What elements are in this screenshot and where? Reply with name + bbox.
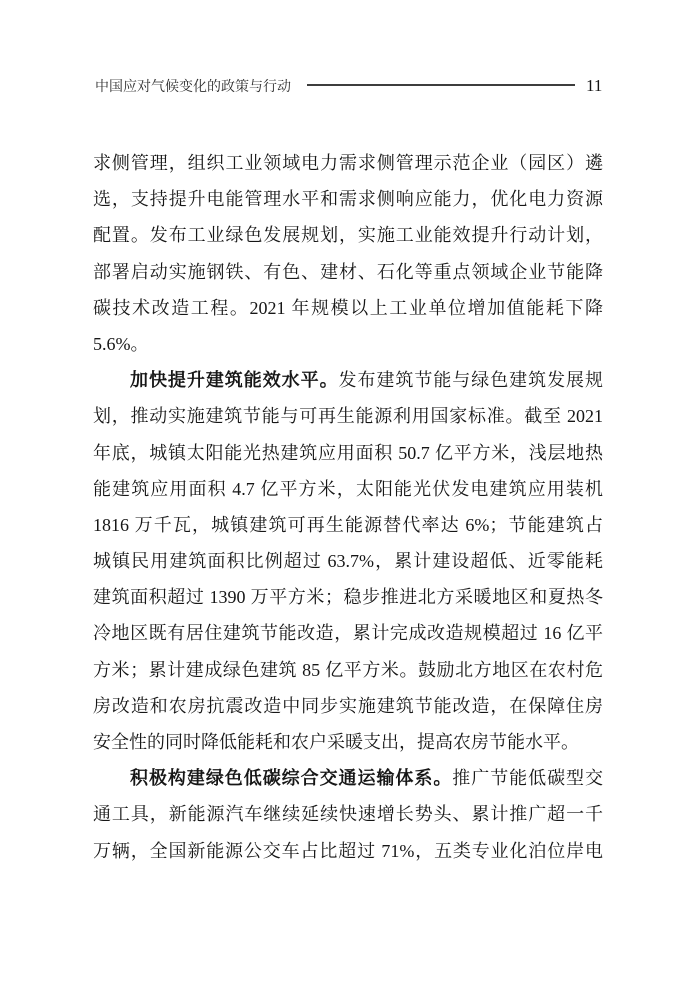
text-line: 房改造和农房抗震改造中同步实施建筑节能改造，在保障住房 <box>93 688 603 724</box>
line-text: 碳技术改造工程。2021 年规模以上工业单位增加值能耗下降 <box>93 298 603 318</box>
line-text: 建筑面积超过 1390 万平方米；稳步推进北方采暖地区和夏热冬 <box>93 587 603 607</box>
text-line: 冷地区既有居住建筑节能改造，累计完成改造规模超过 16 亿平 <box>93 615 603 651</box>
text-line: 建筑面积超过 1390 万平方米；稳步推进北方采暖地区和夏热冬 <box>93 579 603 615</box>
text-line: 划，推动实施建筑节能与可再生能源利用国家标准。截至 2021 <box>93 398 603 434</box>
text-line: 能建筑应用面积 4.7 亿平方米，太阳能光伏发电建筑应用装机 <box>93 471 603 507</box>
line-text: 发布建筑节能与绿色建筑发展规 <box>339 370 603 390</box>
text-line: 通工具，新能源汽车继续延续快速增长势头、累计推广超一千 <box>93 796 603 832</box>
line-text: 通工具，新能源汽车继续延续快速增长势头、累计推广超一千 <box>93 804 603 824</box>
text-line: 安全性的同时降低能耗和农户采暖支出，提高农房节能水平。 <box>93 724 603 760</box>
line-text: 选，支持提升电能管理水平和需求侧响应能力，优化电力资源 <box>93 189 603 209</box>
line-text: 1816 万千瓦，城镇建筑可再生能源替代率达 6%；节能建筑占 <box>93 515 603 535</box>
paragraph-bold-lead: 加快提升建筑能效水平。 <box>130 370 339 390</box>
line-text: 部署启动实施钢铁、有色、建材、石化等重点领域企业节能降 <box>93 262 603 282</box>
page-number: 11 <box>586 77 602 95</box>
line-text: 划，推动实施建筑节能与可再生能源利用国家标准。截至 2021 <box>93 406 603 426</box>
line-text: 5.6%。 <box>93 334 149 354</box>
paragraph-bold-lead: 积极构建绿色低碳综合交通运输体系。 <box>130 768 452 788</box>
text-line: 选，支持提升电能管理水平和需求侧响应能力，优化电力资源 <box>93 181 603 217</box>
document-body: 求侧管理，组织工业领域电力需求侧管理示范企业（园区）遴 选，支持提升电能管理水平… <box>93 145 603 869</box>
line-text: 推广节能低碳型交 <box>452 768 603 788</box>
text-line: 加快提升建筑能效水平。发布建筑节能与绿色建筑发展规 <box>93 362 603 398</box>
header-rule <box>307 84 575 86</box>
text-line: 万辆，全国新能源公交车占比超过 71%，五类专业化泊位岸电 <box>93 833 603 869</box>
header-title: 中国应对气候变化的政策与行动 <box>95 78 291 94</box>
text-line: 5.6%。 <box>93 326 603 362</box>
text-line: 碳技术改造工程。2021 年规模以上工业单位增加值能耗下降 <box>93 290 603 326</box>
text-line: 城镇民用建筑面积比例超过 63.7%，累计建设超低、近零能耗 <box>93 543 603 579</box>
line-text: 房改造和农房抗震改造中同步实施建筑节能改造，在保障住房 <box>93 696 603 716</box>
line-text: 万辆，全国新能源公交车占比超过 71%，五类专业化泊位岸电 <box>93 841 603 861</box>
text-line: 年底，城镇太阳能光热建筑应用面积 50.7 亿平方米，浅层地热 <box>93 435 603 471</box>
line-text: 城镇民用建筑面积比例超过 63.7%，累计建设超低、近零能耗 <box>93 551 603 571</box>
line-text: 冷地区既有居住建筑节能改造，累计完成改造规模超过 16 亿平 <box>93 623 603 643</box>
text-line: 1816 万千瓦，城镇建筑可再生能源替代率达 6%；节能建筑占 <box>93 507 603 543</box>
document-page: 中国应对气候变化的政策与行动 11 求侧管理，组织工业领域电力需求侧管理示范企业… <box>0 0 695 982</box>
line-text: 配置。发布工业绿色发展规划，实施工业能效提升行动计划， <box>93 225 603 245</box>
text-line: 配置。发布工业绿色发展规划，实施工业能效提升行动计划， <box>93 217 603 253</box>
text-line: 方米；累计建成绿色建筑 85 亿平方米。鼓励北方地区在农村危 <box>93 652 603 688</box>
text-line: 积极构建绿色低碳综合交通运输体系。推广节能低碳型交 <box>93 760 603 796</box>
text-line: 部署启动实施钢铁、有色、建材、石化等重点领域企业节能降 <box>93 254 603 290</box>
line-text: 年底，城镇太阳能光热建筑应用面积 50.7 亿平方米，浅层地热 <box>93 443 603 463</box>
line-text: 方米；累计建成绿色建筑 85 亿平方米。鼓励北方地区在农村危 <box>93 660 603 680</box>
line-text: 安全性的同时降低能耗和农户采暖支出，提高农房节能水平。 <box>93 732 579 752</box>
line-text: 能建筑应用面积 4.7 亿平方米，太阳能光伏发电建筑应用装机 <box>93 479 603 499</box>
text-line: 求侧管理，组织工业领域电力需求侧管理示范企业（园区）遴 <box>93 145 603 181</box>
line-text: 求侧管理，组织工业领域电力需求侧管理示范企业（园区）遴 <box>93 153 603 173</box>
